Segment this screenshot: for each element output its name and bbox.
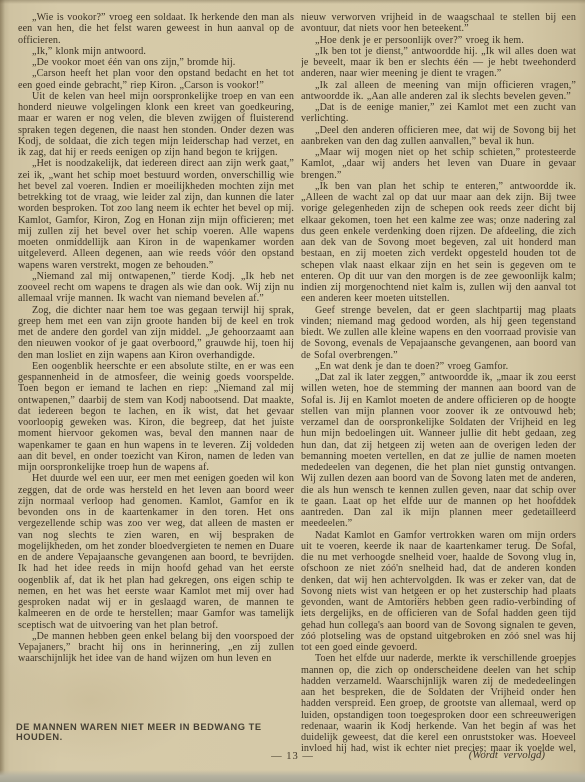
paragraph: nieuw verworven vrijheid in de waagschaa… (301, 12, 576, 35)
paragraph: „Ik zal alleen de meening van mijn offic… (301, 80, 576, 103)
paragraph: „Hoe denk je er persoonlijk over?” vroeg… (301, 35, 576, 46)
magazine-page: „Wie is vookor?” vroeg een soldaat. Ik h… (0, 0, 585, 782)
paragraph: „En wat denk je dan te doen?” vroeg Gamf… (301, 361, 576, 372)
paragraph: „Ik ben van plan het schip te enteren,” … (301, 181, 576, 305)
paragraph: „Ik,” klonk mijn antwoord. (18, 46, 294, 57)
paragraph: „Het is noodzakelijk, dat iedereen direc… (18, 158, 294, 271)
paragraph: „Niemand zal mij ontwapenen,” tierde Kod… (18, 271, 294, 305)
text-column-left: „Wie is vookor?” vroeg een soldaat. Ik h… (18, 12, 294, 682)
paragraph: Een oogenblik heerschte er een absolute … (18, 361, 294, 474)
paragraph: Zog, die dichter naar hem toe was gegaan… (18, 305, 294, 361)
paragraph: „De mannen hebben geen enkel belang bij … (18, 631, 294, 665)
paragraph: „Carson heeft het plan voor den opstand … (18, 68, 294, 91)
paragraph: Geef strenge bevelen, dat er geen slacht… (301, 305, 576, 361)
text-column-right: nieuw verworven vrijheid in de waagschaa… (301, 12, 576, 754)
scan-edge-bottom (0, 770, 585, 782)
scan-edge-top (0, 0, 585, 4)
paragraph: „Maar wij mogen niet op het schip schiet… (301, 147, 576, 181)
paragraph: „Wie is vookor?” vroeg een soldaat. Ik h… (18, 12, 294, 46)
illustration-caption: DE MANNEN WAREN NIET MEER IN BEDWANG TE … (16, 722, 296, 742)
continuation-notice: (Wordt vervolgd) (469, 749, 545, 761)
paragraph: „Dat is de eenige manier,” zei Kamlot me… (301, 102, 576, 125)
paragraph: Uit de kelen van heel mijn oorspronkelij… (18, 91, 294, 159)
paragraph: Het duurde wel een uur, eer men met eeni… (18, 473, 294, 631)
paragraph: „Deel den anderen officieren mee, dat wi… (301, 125, 576, 148)
scan-edge-left (0, 0, 5, 782)
paragraph: „Dat zal ik later zeggen,” antwoordde ik… (301, 372, 576, 530)
paragraph: Nadat Kamlot en Gamfor vertrokken waren … (301, 530, 576, 654)
paragraph: Toen het elfde uur naderde, merkte ik ve… (301, 653, 576, 754)
paragraph: „De vookor moet één van ons zijn,” bromd… (18, 57, 294, 68)
paragraph: „Ik ben tot je dienst,” antwoordde hij. … (301, 46, 576, 80)
